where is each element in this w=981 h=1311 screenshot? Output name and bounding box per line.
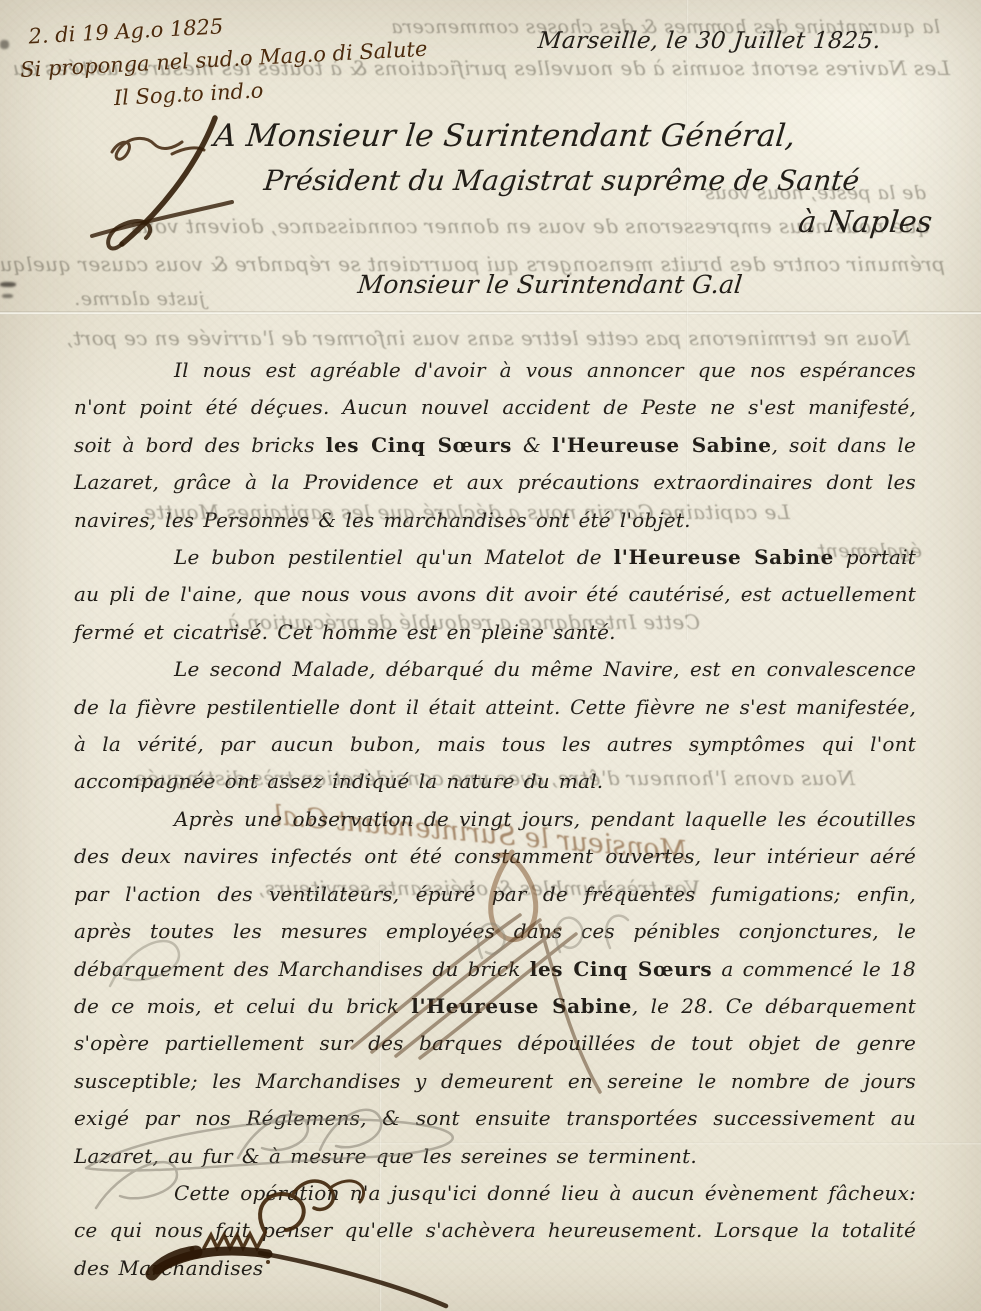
dateline: Marseille, le 30 Juillet 1825. — [537, 28, 970, 54]
ship-name: l'Heureuse Sabine — [614, 545, 834, 569]
letter-paragraph: Après une observation de vingt jours, pe… — [74, 801, 916, 1175]
fold-crease-horizontal — [0, 311, 981, 315]
paragraph-text: & — [512, 433, 552, 457]
paragraph-text: Le second Malade, débarqué du même Navir… — [74, 657, 916, 793]
edge-ink-smudge — [2, 294, 13, 298]
bleedthrough-text-line: Nous ne terminerons pas cette lettre san… — [60, 326, 910, 350]
address-line-recipient: A Monsieur le Surintendant Général, — [212, 118, 962, 154]
letter-page: la quarantaine des hommes & des choses c… — [0, 0, 981, 1311]
address-line-title: Président du Magistrat suprême de Santé — [262, 164, 961, 197]
paragraph-text: Après une observation de vingt jours, pe… — [74, 807, 916, 981]
archival-annotation: 2. di 19 Ag.o 1825 Si proponga nel sud.o… — [18, 0, 443, 120]
address-line-city: à Naples — [166, 205, 934, 240]
ship-name: les Cinq Sœurs — [326, 433, 512, 457]
bleedthrough-text-line: juste alarme. — [55, 288, 205, 310]
letter-paragraph: Cette opération n'a jusqu'ici donné lieu… — [74, 1175, 916, 1287]
edge-ink-smudge — [0, 282, 16, 287]
ship-name: les Cinq Sœurs — [530, 957, 712, 981]
salutation: Monsieur le Surintendant G.al — [286, 270, 813, 299]
letter-body: Il nous est agréable d'avoir à vous anno… — [74, 352, 916, 1287]
address-block: A Monsieur le Surintendant Général, Prés… — [168, 118, 960, 240]
paragraph-text: , le 28. Ce débarquement s'opère partiel… — [74, 994, 916, 1168]
letter-paragraph: Le second Malade, débarqué du même Navir… — [74, 651, 916, 801]
letter-paragraph: Le bubon pestilentiel qu'un Matelot de l… — [74, 539, 916, 651]
ship-name: l'Heureuse Sabine — [552, 433, 772, 457]
ship-name: l'Heureuse Sabine — [411, 994, 632, 1018]
paragraph-text: Le bubon pestilentiel qu'un Matelot de — [174, 545, 614, 569]
paraph-loop — [108, 221, 150, 249]
paragraph-text: Cette opération n'a jusqu'ici donné lieu… — [74, 1181, 916, 1280]
corner-ink-speck — [0, 40, 9, 49]
letter-paragraph: Il nous est agréable d'avoir à vous anno… — [74, 352, 916, 539]
